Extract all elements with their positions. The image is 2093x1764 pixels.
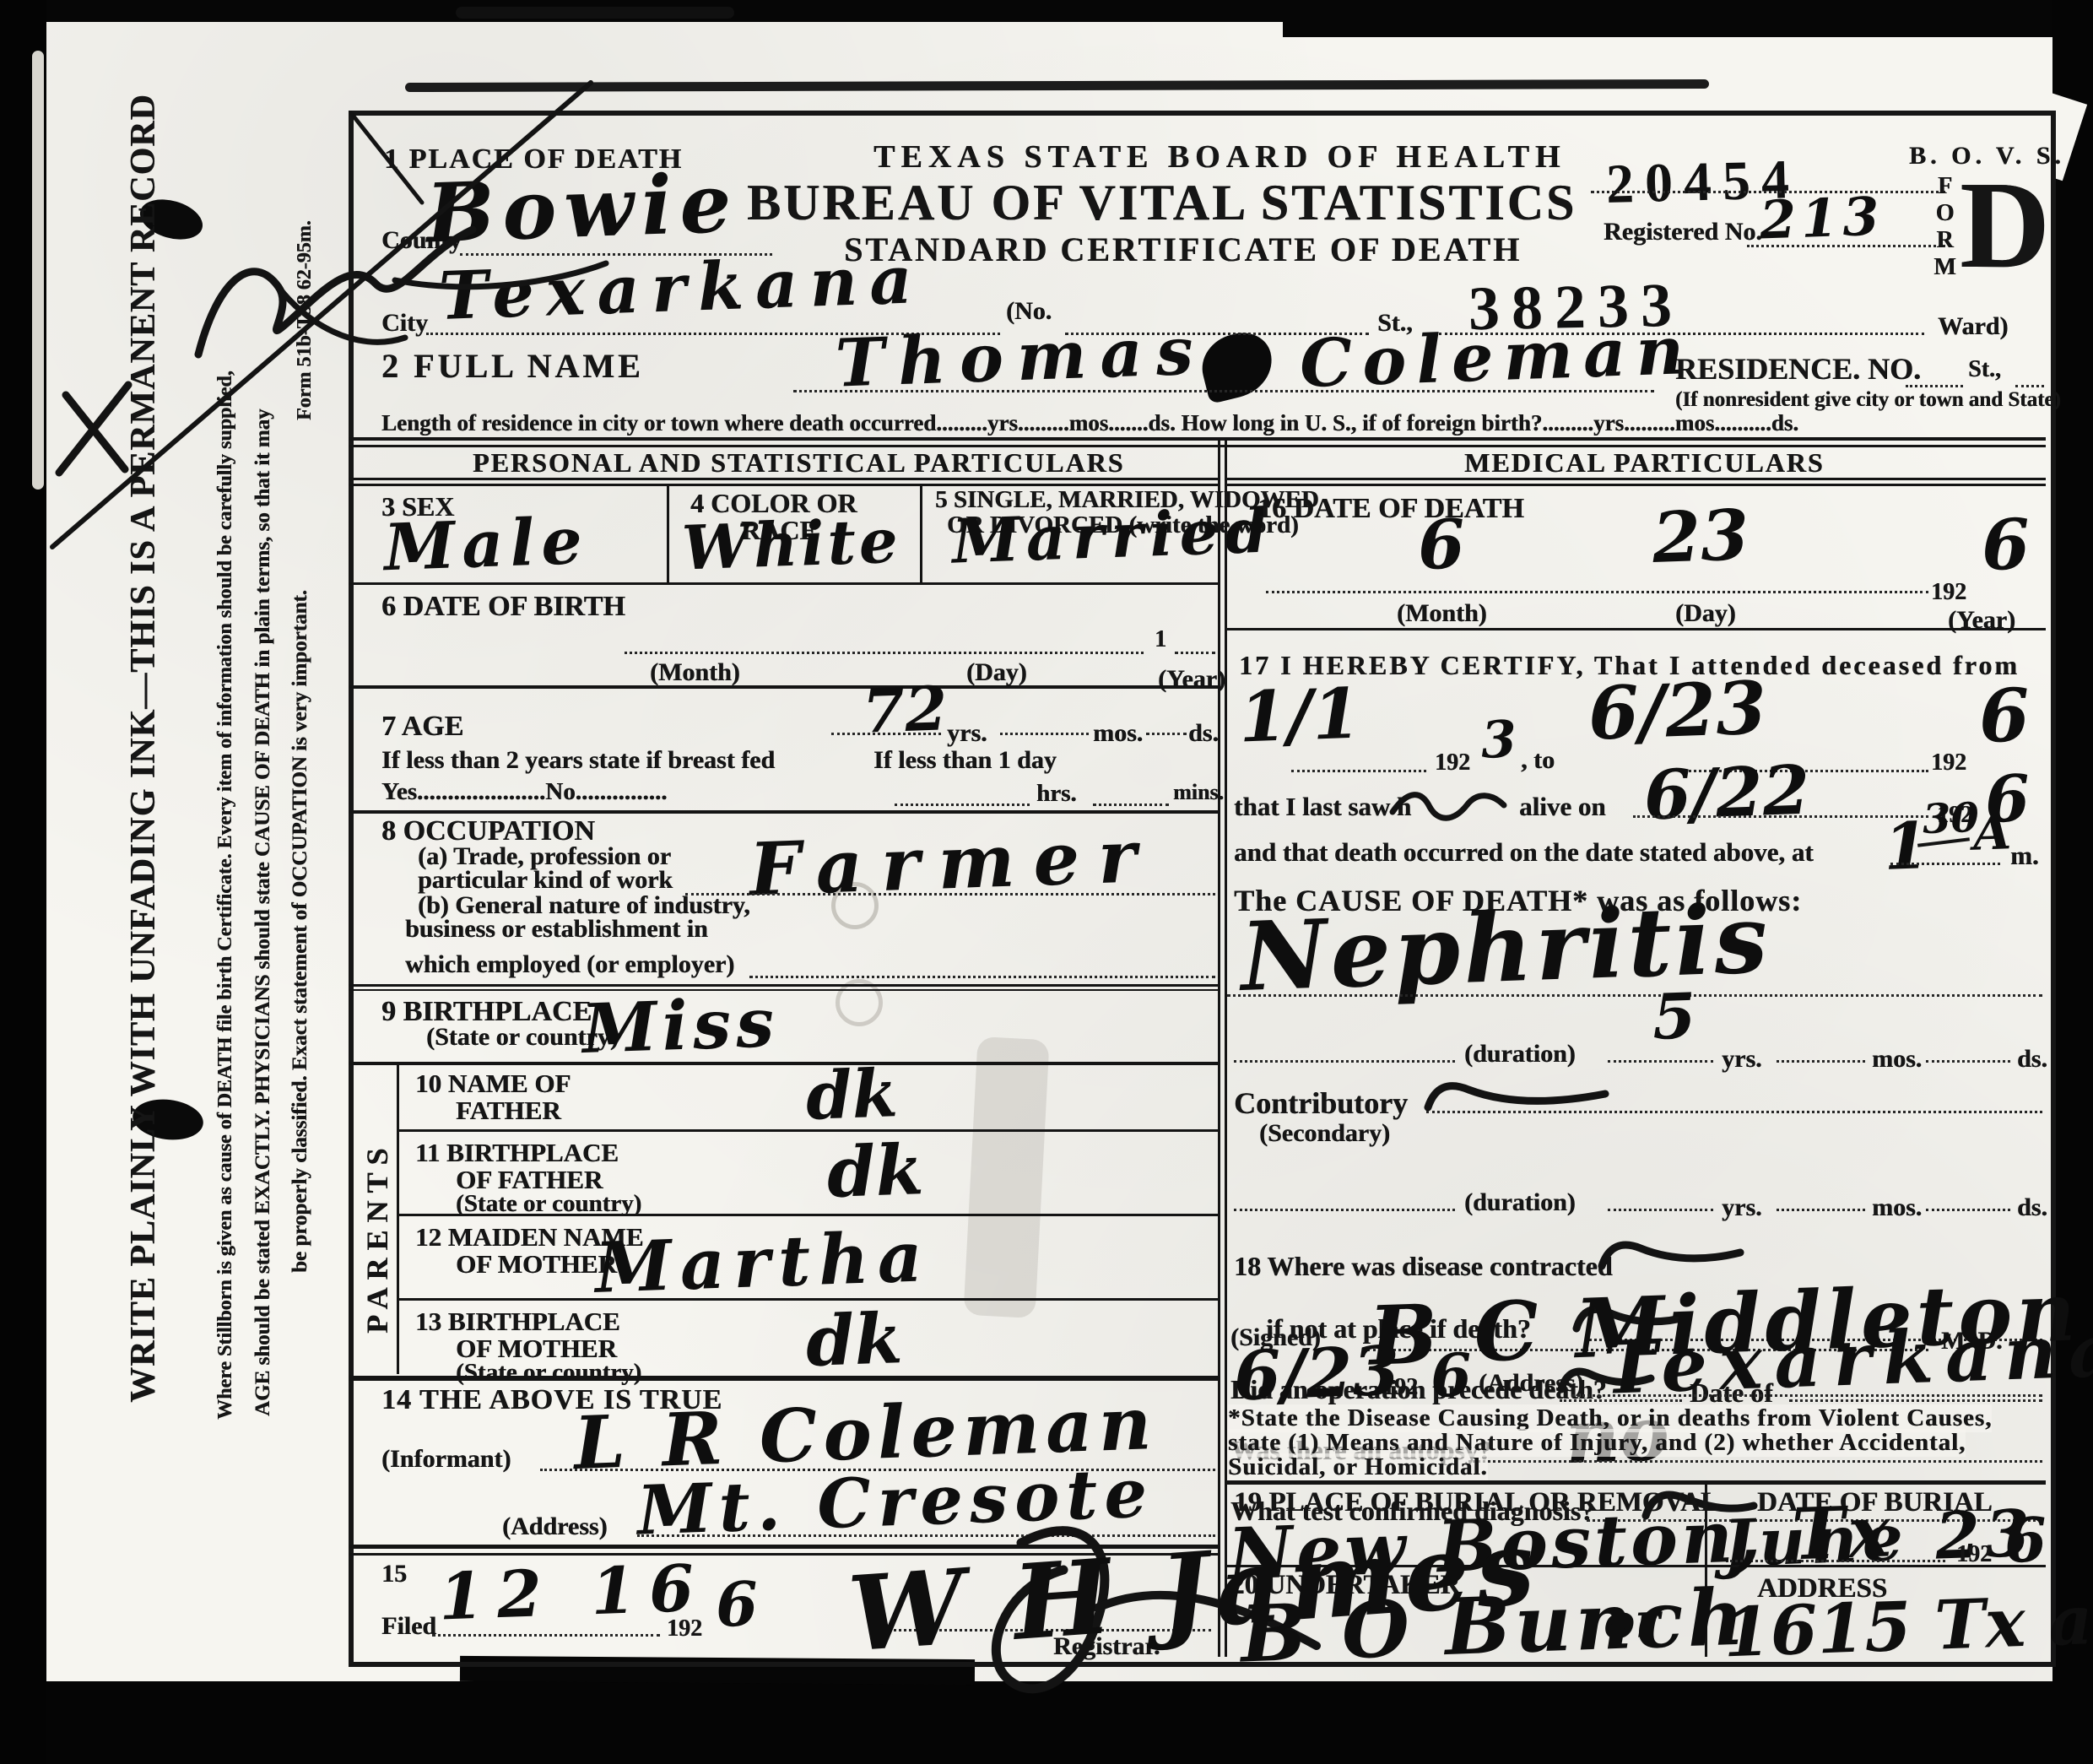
- scanned-death-certificate: Form 51b-T38 62-95m. WRITE PLAINLY WITH …: [0, 0, 2093, 1764]
- death-m-label: m.: [2010, 841, 2039, 871]
- occurred-line: and that death occurred on the date stat…: [1234, 837, 1814, 868]
- dod-month-value: 6: [1416, 504, 1466, 585]
- dob-line: [625, 652, 1144, 654]
- form-letter-d: D: [1960, 154, 2050, 297]
- from-line: [1291, 770, 1426, 772]
- occupation-value: Farmer: [748, 814, 1156, 913]
- mother-bp-label-3: (State or country): [456, 1359, 641, 1387]
- dod-year-value: 6: [1980, 504, 2031, 587]
- scan-streak-left-white: [32, 51, 44, 490]
- mother-bp-value: dk: [804, 1298, 903, 1383]
- duration-mos-2: mos.: [1872, 1193, 1922, 1222]
- scan-edge-top-right: [1283, 0, 2093, 37]
- sex-color-divider: [667, 486, 669, 582]
- filed-line: [432, 1634, 660, 1637]
- cause-note-3: Suicidal, or Homicidal.: [1228, 1453, 1488, 1481]
- duration-mos-1: mos.: [1872, 1045, 1922, 1074]
- length-line: Length of residence in city or town wher…: [381, 410, 1798, 436]
- dod-rule: [1227, 628, 2046, 630]
- duration-yrs-line-1: [1608, 1060, 1713, 1063]
- scan-smear-2: [456, 7, 734, 19]
- city-label: City: [381, 309, 428, 338]
- filed-label: Filed: [381, 1612, 436, 1641]
- dod-day-value: 23: [1651, 495, 1750, 579]
- dob-year-label: (Year): [1158, 665, 1225, 694]
- mins-label: mins.: [1173, 780, 1224, 805]
- scan-edge-right: [2052, 0, 2093, 1764]
- full-name-label: 2 FULL NAME: [381, 346, 644, 386]
- mother-name-value: Martha: [593, 1216, 932, 1309]
- residence-label: RESIDENCE. NO.: [1675, 351, 1921, 387]
- occupation-a-line: [685, 893, 1215, 896]
- occupation-rule-1: [349, 984, 1220, 987]
- registered-no-label: Registered No.: [1604, 218, 1762, 246]
- sex-row-rule: [349, 582, 1220, 585]
- duration-ds-line-2: [1926, 1209, 2010, 1211]
- undertaker-value: B O Bunch: [1239, 1572, 1750, 1680]
- parents-divider: [397, 1062, 399, 1374]
- margin-warning-line4: be properly classified. Exact statement …: [289, 429, 312, 1273]
- margin-warning-line1: WRITE PLAINLY WITH UNFADING INK—THIS IS …: [123, 187, 164, 1403]
- standard-title: STANDARD CERTIFICATE OF DEATH: [844, 230, 1522, 269]
- informant-address-label: (Address): [502, 1512, 607, 1541]
- age-mos-line: [1000, 733, 1089, 735]
- registered-no-line: [1747, 245, 1945, 247]
- duration-mos-line-1: [1777, 1060, 1865, 1063]
- age-rule: [349, 810, 1220, 814]
- personal-section-title: PERSONAL AND STATISTICAL PARTICULARS: [473, 447, 1124, 479]
- burial-rule-top: [1227, 1480, 2046, 1485]
- filed-no: 15: [381, 1560, 407, 1588]
- attended-from-value: 1/1: [1237, 674, 1361, 759]
- father-name-label-1: 10 NAME OF: [415, 1069, 571, 1099]
- duration-yrs-1: yrs.: [1722, 1045, 1762, 1074]
- to-label: , to: [1521, 746, 1555, 775]
- age-yrs: yrs.: [947, 719, 987, 748]
- hrs-line: [895, 804, 1030, 806]
- duration-label-2: (duration): [1464, 1188, 1576, 1217]
- dod-192: 192: [1931, 579, 1966, 606]
- occupation-b3: which employed (or employer): [405, 950, 734, 979]
- duration-line-2: [1234, 1209, 1455, 1211]
- signed-year-value: 6: [1430, 1339, 1474, 1411]
- breastfed-note: If less than 2 years state if breast fed: [381, 746, 775, 775]
- signed-date-value: 6/23: [1232, 1331, 1400, 1416]
- lessday-note: If less than 1 day: [873, 746, 1057, 775]
- occupation-b2: business or establishment in: [405, 915, 708, 944]
- duration-label-1: (duration): [1464, 1040, 1576, 1069]
- contributory-label: Contributory: [1234, 1085, 1408, 1121]
- yesno-line: Yes.....................No..............…: [381, 778, 667, 806]
- parents-rule-2: [397, 1214, 1220, 1216]
- dob-line-2: [1175, 652, 1215, 654]
- secondary-label: (Secondary): [1259, 1119, 1390, 1148]
- color-marital-divider: [920, 486, 922, 582]
- age-ds: ds.: [1188, 719, 1219, 748]
- death-time-line: [1890, 863, 2000, 865]
- dob-rule: [349, 685, 1220, 689]
- autopsy-line: [1468, 1460, 2042, 1463]
- to-192: 192: [1931, 749, 1966, 776]
- duration-yrs-2: yrs.: [1722, 1193, 1762, 1222]
- lastsaw-post: alive on: [1519, 792, 1605, 822]
- duration-ds-1: ds.: [2017, 1045, 2047, 1074]
- duration-mos-line-2: [1777, 1209, 1865, 1211]
- undertaker-address-value: 1615 Tx ave: [1723, 1577, 2093, 1673]
- dob-day-label: (Day): [966, 658, 1027, 687]
- registered-no-value: 213: [1759, 185, 1885, 251]
- duration-yrs-line-2: [1608, 1209, 1713, 1211]
- father-bp-label-1: 11 BIRTHPLACE: [415, 1138, 619, 1168]
- form-word-vertical: FORM: [1931, 173, 1958, 281]
- parents-rule-1: [397, 1129, 1220, 1132]
- contributory-line: [1426, 1111, 2042, 1113]
- occupation-b-line: [749, 976, 1215, 978]
- father-bp-value: dk: [825, 1129, 924, 1214]
- county-value: Bowie: [425, 155, 740, 262]
- nonresident-note: (If nonresident give city or town and St…: [1675, 388, 2061, 412]
- filed-year: 6: [715, 1567, 760, 1641]
- bureau-title: BUREAU OF VITAL STATISTICS: [747, 174, 1577, 232]
- dod-label: 16 DATE OF DEATH: [1257, 493, 1524, 525]
- margin-warning-line2: Where Stillborn is given as cause of DEA…: [214, 213, 237, 1420]
- cause-line: [1227, 994, 2042, 997]
- from-year-value: 3: [1480, 710, 1517, 770]
- column-divider-1: [1218, 437, 1220, 1657]
- informant-label: (Informant): [381, 1445, 511, 1474]
- full-name-first: Thomas: [835, 312, 1209, 402]
- dod-day-label: (Day): [1675, 599, 1736, 628]
- column-divider-2: [1225, 437, 1227, 1657]
- header-rule-1: [349, 437, 2046, 441]
- father-name-label-2: FATHER: [456, 1096, 561, 1126]
- hrs-label: hrs.: [1036, 780, 1077, 808]
- mins-line: [1093, 804, 1169, 806]
- dob-month-label: (Month): [650, 658, 740, 687]
- residence-st-line: [2015, 385, 2044, 387]
- medical-rule-1: [1227, 478, 2046, 480]
- marital-value: Married: [951, 494, 1275, 576]
- lastsaw-pre: that I last saw h: [1234, 792, 1411, 822]
- dod-month-label: (Month): [1397, 599, 1487, 628]
- board-title: TEXAS STATE BOARD OF HEALTH: [873, 138, 1566, 176]
- margin-form-number: Form 51b-T38 62-95m.: [294, 66, 316, 420]
- age-ds-line: [1146, 733, 1187, 735]
- sex-value: Male: [383, 503, 591, 585]
- attended-to-value: 6/23: [1587, 665, 1767, 756]
- from-192: 192: [1435, 749, 1470, 776]
- occupation-rule-2: [349, 989, 1220, 991]
- lastsaw-value: 6/22: [1642, 750, 1810, 836]
- occupation-a2: particular kind of work: [418, 866, 673, 895]
- scan-edge-bottom: [0, 1681, 2093, 1764]
- medical-rule-2: [1227, 484, 2046, 486]
- ward-label: Ward): [1938, 312, 2008, 341]
- to-year-value: 6: [1977, 673, 2031, 760]
- personal-rule-1: [349, 478, 1220, 480]
- birthplace-rule: [349, 1062, 1220, 1065]
- death-time-ampm: A: [1972, 803, 2012, 862]
- residence-no-line: [1906, 385, 1963, 387]
- duration-value: 5: [1652, 980, 1697, 1054]
- filed-192: 192: [667, 1615, 702, 1642]
- age-value: 72: [862, 672, 949, 746]
- parents-label: PARENTS: [360, 1055, 395, 1334]
- dod-line: [1266, 591, 1928, 593]
- full-name-line: [793, 390, 1654, 392]
- death-time-min: 30: [1922, 794, 1980, 843]
- dob-label: 6 DATE OF BIRTH: [381, 591, 625, 623]
- age-mos: mos.: [1093, 719, 1143, 748]
- mother-bp-label-1: 13 BIRTHPLACE: [415, 1307, 620, 1337]
- mother-name-label-2: OF MOTHER: [456, 1249, 617, 1280]
- duration-ds-2: ds.: [2017, 1193, 2047, 1222]
- duration-ds-line-1: [1926, 1060, 2010, 1063]
- age-line: [831, 733, 941, 735]
- margin-warning-line3: AGE should be stated EXACTLY. PHYSICIANS…: [251, 235, 275, 1416]
- physician-address-value: Texarkana: [1602, 1307, 2093, 1411]
- dob-mark: 1: [1155, 626, 1166, 653]
- parents-rule-4: [349, 1376, 1220, 1381]
- birthplace-value: Miss: [581, 982, 780, 1069]
- q18-label: 18 Where was disease contracted: [1234, 1251, 1613, 1282]
- father-name-value: dk: [804, 1055, 899, 1135]
- parents-rule-3: [397, 1298, 1220, 1301]
- duration-line-1: [1234, 1060, 1455, 1063]
- residence-st-label: St.,: [1968, 356, 2001, 383]
- color-value: White: [681, 504, 902, 583]
- age-label: 7 AGE: [381, 711, 463, 743]
- medical-section-title: MEDICAL PARTICULARS: [1464, 447, 1825, 479]
